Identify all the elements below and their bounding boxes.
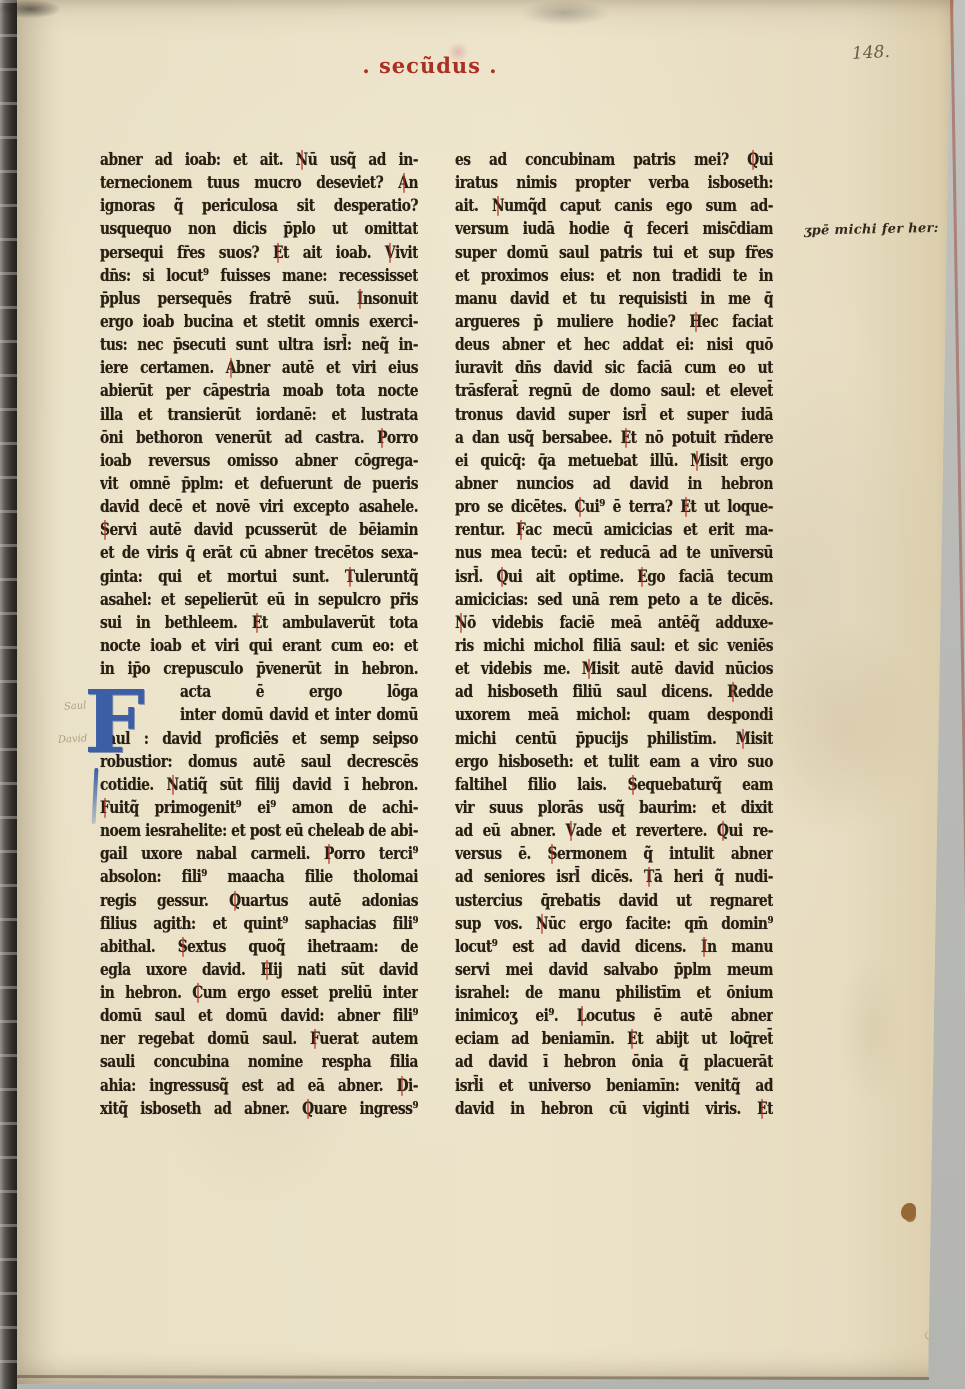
folio-number: 148. (852, 40, 923, 64)
text-column-right: es ad concubinam patris mei? Quiiratus n… (455, 149, 773, 1121)
initial-letter-glyph: F (84, 680, 162, 766)
page-fore-edge (950, 0, 965, 1382)
running-title: . secũdus . (320, 53, 540, 79)
water-stain (836, 950, 906, 1110)
illuminated-initial: F (84, 680, 162, 800)
text-line: xitq̃ isboseth ad abner. Quare ingress⁹ (100, 1095, 418, 1124)
text-line: david in hebron cū viginti viris. Et (455, 1095, 773, 1124)
book-binding-edge (0, 0, 17, 1389)
initial-flourish (92, 768, 99, 824)
manuscript-scan: { "page": { "running_title": ". secũdus … (0, 0, 965, 1389)
marginal-note-right: ʒpē michi fer her: (804, 220, 964, 238)
parchment-page: . secũdus . 148. ʒpē michi fer her: Saul… (0, 0, 965, 1389)
ink-spot (901, 1203, 916, 1220)
text-column-left: abner ad ioab: et ait. Nū usq̃ ad in-ter… (100, 149, 418, 1121)
scratch-mark (925, 1330, 942, 1341)
water-stain (760, 620, 930, 840)
smudge-stain (520, 0, 610, 26)
